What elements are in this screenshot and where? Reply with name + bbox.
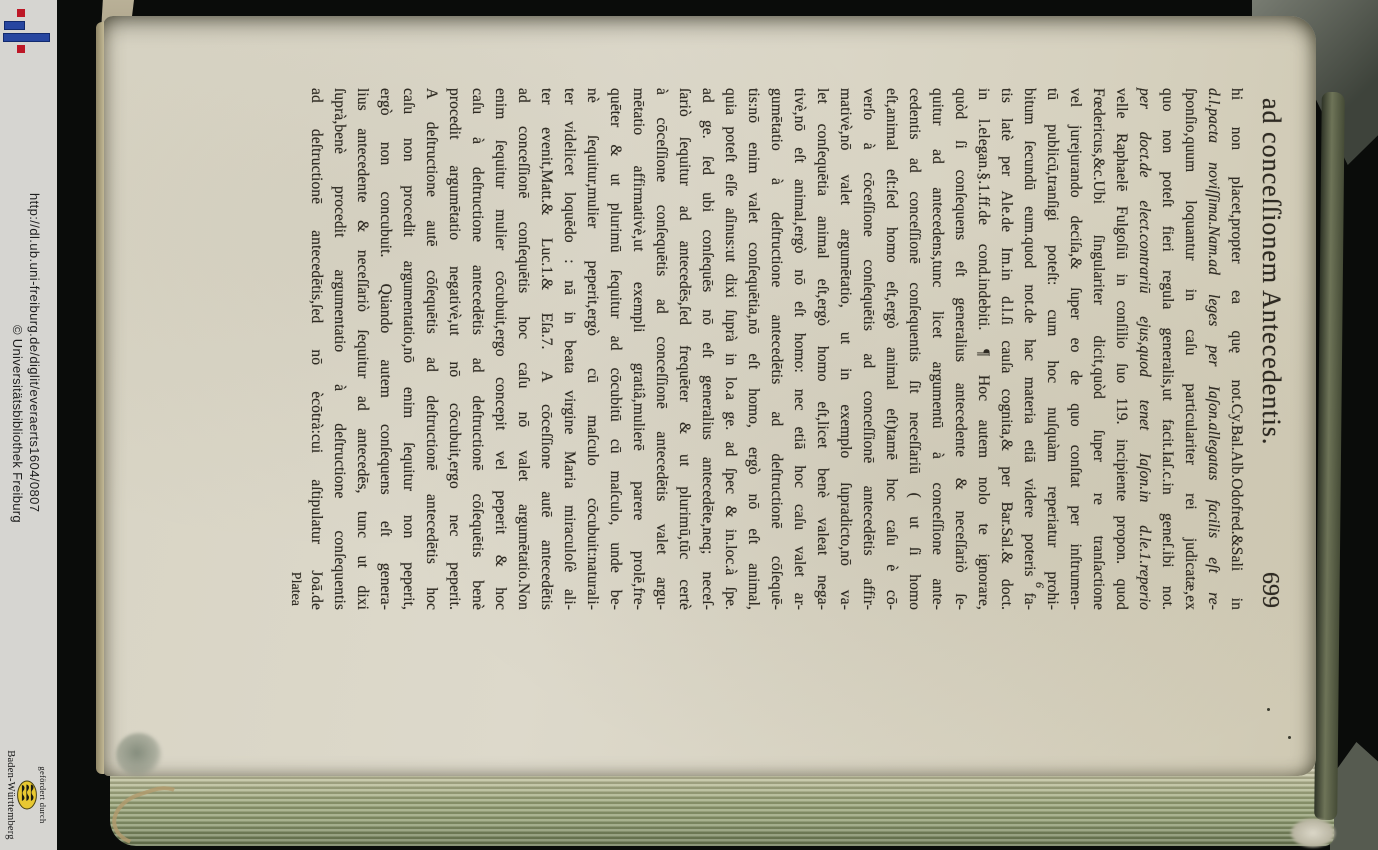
- body-text-line: lius antecedente & neceſſariò ſequitur a…: [351, 88, 374, 610]
- body-text-line: quitur ad antecedens,tunc licet argument…: [926, 88, 949, 610]
- copyright-notice: © Universitätsbibliothek Freiburg: [10, 325, 25, 613]
- running-head-title: ad conceſſionem Antecedentis.: [1256, 98, 1286, 445]
- body-text-line: hi non placet,propter ea quę not.Cy.Bal.…: [1225, 88, 1248, 610]
- body-text-line: ergò non concubuit. Quando autem conſequ…: [374, 88, 397, 610]
- body-text-line: tū publicū,tranſigi poteſt: cum hoc nuſq…: [1041, 88, 1064, 610]
- body-text-line: let conſequētia animal eſt,ergò homo eſt…: [811, 88, 834, 610]
- body-text-line: nè ſequitur,mulier peperit,ergò cū maſcu…: [581, 88, 604, 610]
- body-text-line: caſu à deſtructione antecedētis ad deſtr…: [466, 88, 489, 610]
- logo-red-square-bottom: [17, 45, 25, 53]
- body-text-line: cedentis ad conceſſionē conſequentis ſit…: [903, 88, 926, 610]
- library-logo: [0, 0, 57, 60]
- body-text-line: verſo à cōceſſione conſequētis ad conceſ…: [857, 88, 880, 610]
- scan-viewer-page: { "left_panel": { "url_text": "http://dl…: [0, 0, 1378, 850]
- body-text-line: ad conceſſionē conſequētis hoc caſu nō v…: [512, 88, 535, 610]
- funding-region: Baden-Württemberg: [5, 738, 16, 850]
- body-text-line: mētatio affirmativè,ut exempli gratiâ,mu…: [627, 88, 650, 610]
- body-text-lines: hi non placet,propter ea quę not.Cy.Bal.…: [305, 88, 1248, 610]
- body-text-line: ſponſio,quum loquantur in caſu particula…: [1179, 88, 1202, 610]
- body-text-line: ter evenit,Matt.& Luc.1.& Eſa.7. A cōceſ…: [535, 88, 558, 610]
- running-head: ad conceſſionem Antecedentis. 699: [1256, 88, 1286, 610]
- paper-speck: [1267, 708, 1270, 711]
- body-text-line: ter videlicet loquēdo : nā in beata virg…: [558, 88, 581, 610]
- body-text-line: eſt,animal eſt:ſed homo eſt,ergò animal …: [880, 88, 903, 610]
- body-text-line: Fœdericus,&c.Ubi ſingulariter dicit,quòd…: [1087, 88, 1110, 610]
- logo-blue-bar-short: [4, 21, 25, 30]
- funding-label: gefördert durch: [38, 738, 48, 850]
- book-top-page-edges: [1314, 92, 1345, 820]
- page-number: 699: [1256, 572, 1283, 608]
- body-text-line: ad deſtructionē antecedētis,ſed nō ècōtr…: [305, 88, 328, 610]
- body-text-line: d.l.pacta noviſſima.Nam.ad leges per Iaſ…: [1202, 88, 1225, 610]
- body-text-block: hi non placet,propter ea quę not.Cy.Bal.…: [305, 88, 1248, 610]
- body-text-line: ad ge. ſed ubi conſequēs nō eſt generali…: [696, 88, 719, 610]
- library-side-panel: http://dl.ub.uni-freiburg.de/diglit/ever…: [0, 0, 57, 850]
- paper-speck: [1288, 736, 1291, 739]
- body-text-line: velle Raphaelē Fulgoſiū in conſilio ſuo …: [1110, 88, 1133, 610]
- body-text-line: mativè,nō valet argumētatio, ut in exemp…: [834, 88, 857, 610]
- body-text-line: à cōceſſione conſequētis ad conceſſionē …: [650, 88, 673, 610]
- funding-badge: gefördert durch Baden-Württemberg: [5, 738, 48, 850]
- scan-url: http://dl.ub.uni-freiburg.de/diglit/ever…: [27, 193, 42, 613]
- paper-stain: [116, 733, 162, 777]
- body-text-line: quēter & ut plurimū ſequitur ad cōcubitū…: [604, 88, 627, 610]
- body-text-line: quia poteſt eſſe aſinus:ut dixi ſuprà in…: [719, 88, 742, 610]
- margin-note: 6: [1032, 582, 1047, 588]
- logo-blue-bar-long: [3, 33, 50, 42]
- book-bottom-page-edges: [110, 764, 1334, 846]
- body-text-line: ſariò ſequitur ad antecedēs,ſed frequēte…: [673, 88, 696, 610]
- body-text-line: A deſtructione autē cōſequētis ad deſtru…: [420, 88, 443, 610]
- logo-red-square-top: [17, 9, 25, 17]
- body-text-line: per doct.de elect.contrariū ejus,quod te…: [1133, 88, 1156, 610]
- scan-attribution: http://dl.ub.uni-freiburg.de/diglit/ever…: [10, 193, 42, 613]
- body-text-line: ſuprà,benè procedit argumentatio à deſtr…: [328, 88, 351, 610]
- baden-wuerttemberg-arms-icon: [17, 780, 37, 810]
- body-text-line: quòd ſi conſequens eſt generalius antece…: [949, 88, 972, 610]
- body-text-line: enim ſequitur mulier cōcubuit,ergo conce…: [489, 88, 512, 610]
- body-text-line: quo non poteſt fieri regula generalis,ut…: [1156, 88, 1179, 610]
- body-text-line: tivè,nō eſt animal,ergò nō eſt homo: nec…: [788, 88, 811, 610]
- body-text-line: tis latè per Ale.de Im.in d.l.ſi cauſa c…: [995, 88, 1018, 610]
- body-text-line: caſu non procedit argumentatio,nō enim ſ…: [397, 88, 420, 610]
- body-text-line: in l.elegan.§.1.ff.de cond.indebiti. ¶ H…: [972, 88, 995, 610]
- cotton-fragment: [1290, 818, 1336, 848]
- body-text-line: tis:nō enim valet conſequētia,nō eſt hom…: [742, 88, 765, 610]
- body-text-line: gumētatio à deſtructione antecedētis ad …: [765, 88, 788, 610]
- catchword: Platea: [287, 88, 303, 610]
- body-text-line: vel jurejurando deciſa,& ſuper eo de quo…: [1064, 88, 1087, 610]
- body-text-line: procedit argumētatio negativè,ut nō cōcu…: [443, 88, 466, 610]
- page-text-rotated: ad conceſſionem Antecedentis. 699 hi non…: [287, 88, 1286, 610]
- body-text-line: bitum ſecundū eum.quod not.de hac materi…: [1018, 88, 1041, 610]
